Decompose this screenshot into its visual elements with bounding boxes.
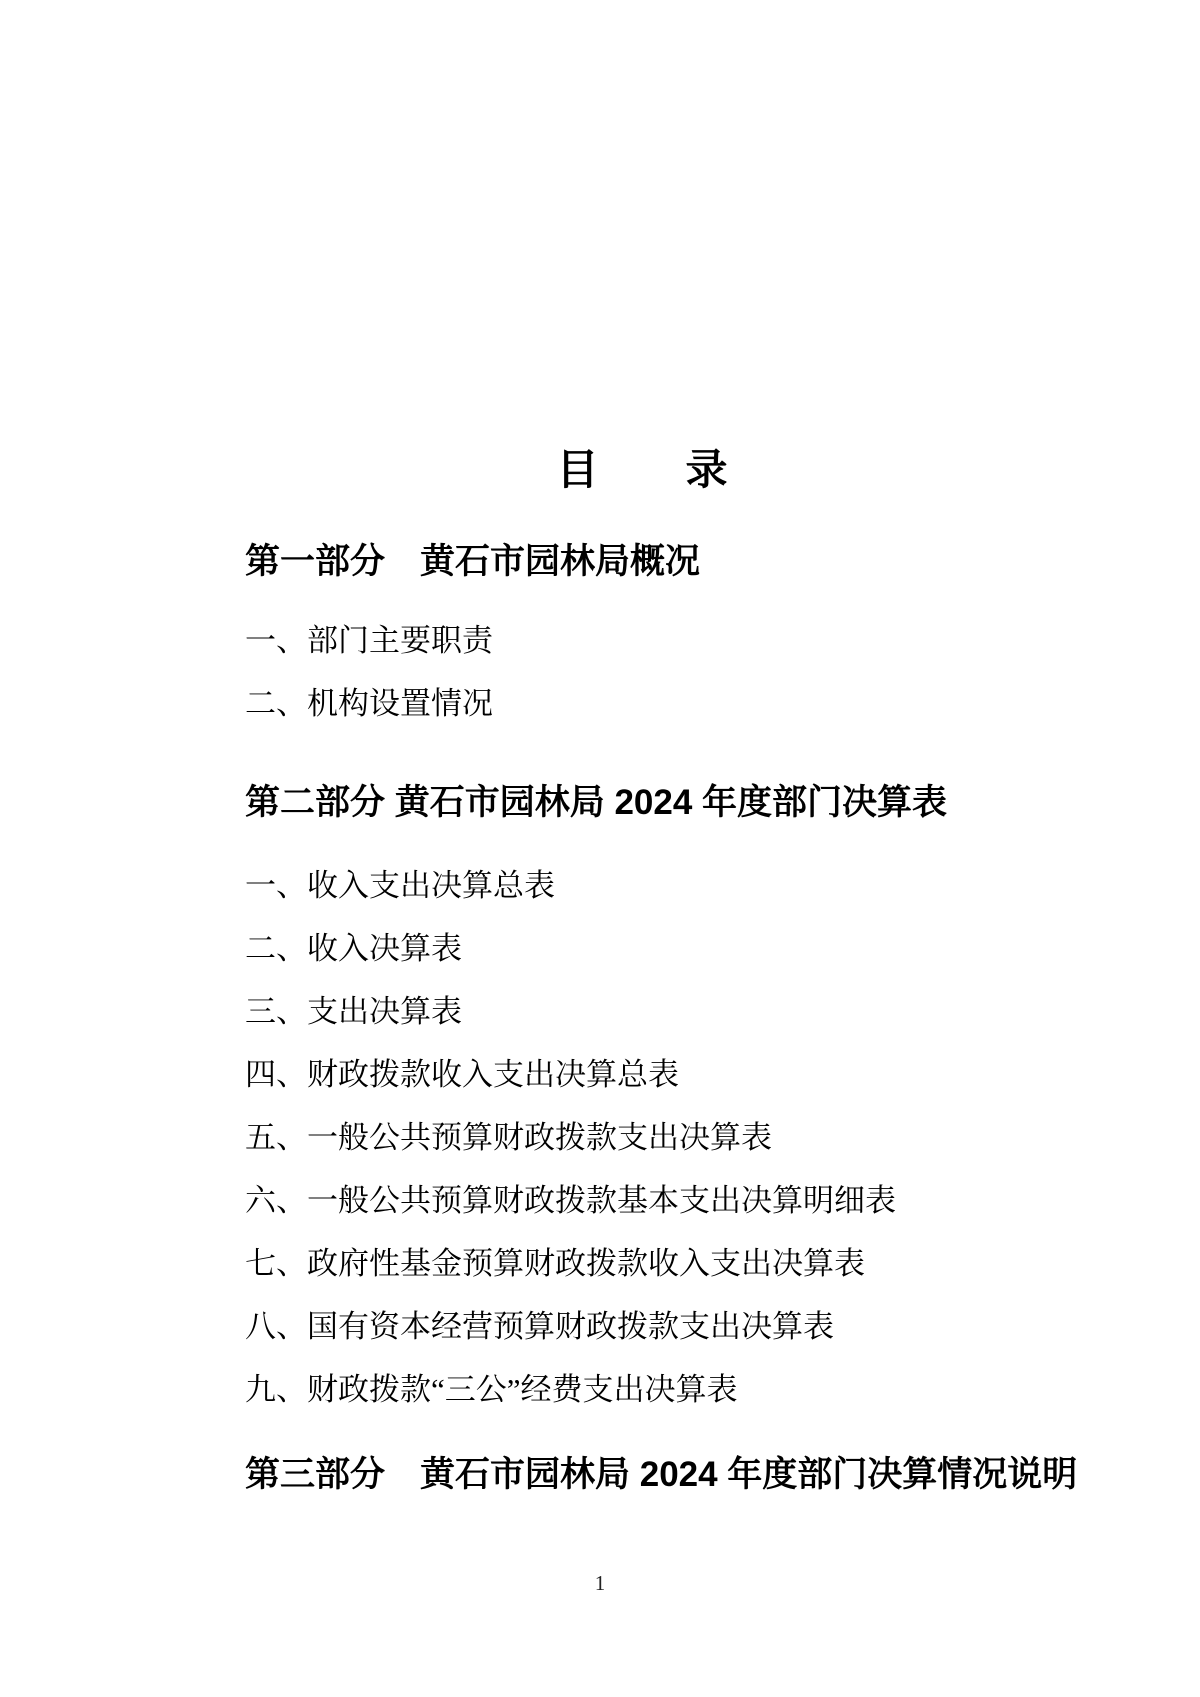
part1-heading: 第一部分 黄石市园林局概况 (245, 530, 1040, 594)
toc-item-part2-3: 三、支出决算表 (245, 980, 1040, 1043)
document-page: 目 录 第一部分 黄石市园林局概况 一、部门主要职责 二、机构设置情况 第二部分… (0, 0, 1200, 1697)
toc-content: 目 录 第一部分 黄石市园林局概况 一、部门主要职责 二、机构设置情况 第二部分… (0, 439, 1200, 1507)
part3-heading: 第三部分 黄石市园林局 2024 年度部门决算情况说明 (245, 1443, 1040, 1507)
part2-heading: 第二部分 黄石市园林局 2024 年度部门决算表 (245, 771, 1040, 835)
toc-item-part2-6: 六、一般公共预算财政拨款基本支出决算明细表 (245, 1169, 1040, 1232)
toc-item-part1-2: 二、机构设置情况 (245, 672, 1040, 735)
toc-item-part2-7: 七、政府性基金预算财政拨款收入支出决算表 (245, 1232, 1040, 1295)
toc-item-part2-8: 八、国有资本经营预算财政拨款支出决算表 (245, 1295, 1040, 1358)
toc-item-part2-9: 九、财政拨款“三公”经费支出决算表 (245, 1358, 1040, 1421)
toc-item-part2-2: 二、收入决算表 (245, 917, 1040, 980)
toc-item-part2-5: 五、一般公共预算财政拨款支出决算表 (245, 1106, 1040, 1169)
toc-item-part1-1: 一、部门主要职责 (245, 609, 1040, 672)
toc-item-part2-1: 一、收入支出决算总表 (245, 854, 1040, 917)
page-number: 1 (0, 1568, 1200, 1598)
toc-title: 目 录 (245, 439, 1040, 503)
toc-item-part2-4: 四、财政拨款收入支出决算总表 (245, 1043, 1040, 1106)
